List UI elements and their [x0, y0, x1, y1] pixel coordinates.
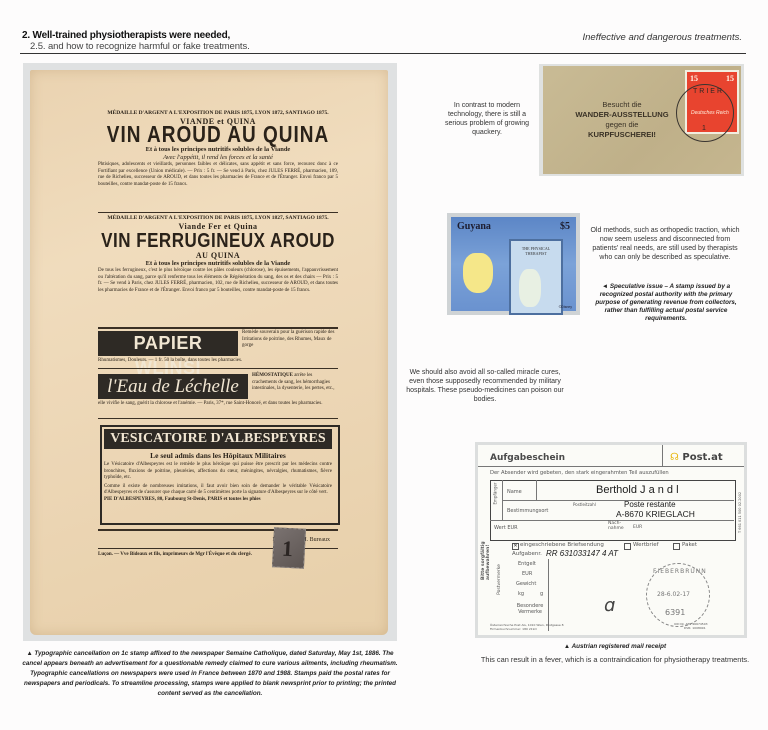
ad1-italic: Avec l'appétit, il rend les forces et la…	[98, 154, 338, 162]
label-paket: Paket	[682, 542, 697, 548]
stamp-value: $5	[560, 221, 570, 232]
ad5-banner: VESICATOIRE D'ALBESPEYRES	[104, 429, 332, 449]
receipt-caption: ▲ Austrian registered mail receipt	[470, 643, 760, 650]
section-subtitle: 2.5. and how to recognize harmful or fak…	[30, 41, 250, 52]
label-value-eur: Wert EUR	[494, 525, 518, 531]
value-destination-1: Poste restante	[624, 500, 676, 509]
label-name: Name	[507, 489, 522, 495]
stamp-value-right: 15	[726, 74, 734, 83]
ad5-footer: PIE D'ALBESPEYRES, 80, Faubourg St-Denis…	[104, 497, 332, 504]
postmark-zip: 6391	[665, 608, 685, 617]
checkbox-wertbrief[interactable]	[624, 543, 631, 550]
one-centime-stamp: 1	[272, 527, 306, 569]
ad-vin-aroud: MÉDAILLE D'ARGENT A L'EXPOSITION DE PARI…	[98, 110, 338, 188]
stamp-value-left: 15	[690, 74, 698, 83]
divider	[98, 368, 338, 369]
door-sign: THE PHYSICAL THERAPIST	[511, 246, 561, 256]
value-name: Berthold J a n d l	[596, 484, 679, 496]
ad5-subhead: Le seul admis dans les Hôpitaux Militair…	[104, 452, 332, 460]
label-fee: Entgelt	[518, 561, 536, 567]
ad5-content: Le seul admis dans les Hôpitaux Militair…	[104, 452, 332, 504]
ad3-side: Remède souverain pour la guérison rapide…	[242, 330, 338, 350]
daisy-duck-figure	[519, 269, 541, 307]
slogan-line-1: Besucht die	[574, 100, 670, 110]
label-postcode: Postleitzahl	[573, 502, 596, 507]
trier-postmark: TRIER 1	[676, 84, 734, 142]
ad4-banner: l'Eau de Léchelle	[98, 374, 248, 399]
section-title: 2. Well-trained physiotherapists were ne…	[22, 30, 230, 41]
ad3-tail: Rhumatismes, Douleurs. — 1 fr. 50 la boî…	[98, 358, 338, 365]
label-weight: Gewicht	[516, 581, 536, 587]
label-cash-on-delivery: Nach- nahme	[608, 521, 624, 531]
side-empfaenger: Empfänger	[493, 482, 498, 504]
miracle-cures-text: We should also avoid all so-called mirac…	[405, 368, 565, 404]
footer-left-2: Firmenbuchnummer: 180 219d	[490, 627, 537, 631]
header-divider	[20, 53, 746, 54]
ad5-body1: Le Vésicatoire d'Albespeyres est le remè…	[104, 462, 332, 482]
label-wertbrief: Wertbrief	[633, 542, 659, 548]
value-destination-2: A-8670 KRIEGLACH	[616, 509, 695, 519]
ad1-headline: VIN AROUD AU QUINA	[98, 124, 338, 148]
donald-duck-figure	[463, 253, 493, 293]
signature: ɑ	[604, 595, 615, 616]
side-label: Bitte sorgfältig aufbewahren!	[481, 520, 491, 580]
speculative-caption: ◄ Speculative issue – A stamp issued by …	[587, 283, 745, 323]
label-special-notes: Besondere Vermerke	[512, 603, 548, 615]
guyana-stamp: Guyana $5 THE PHYSICAL THERAPIST ©Disney	[451, 217, 576, 311]
post-logo: ☊ Post.at	[670, 452, 723, 463]
registered-mail-receipt: Aufgabeschein ☊ Post.at Der Absender wir…	[478, 445, 744, 635]
footer-right-2: DVR: 1008991	[684, 626, 706, 630]
fieberbrunn-postmark: FIEBERBRUNN 28-6.02-17 6391	[646, 563, 710, 627]
brand-name: Post.at	[682, 452, 722, 463]
ad2-tagline: Et à tous les principes nutritifs solubl…	[98, 260, 338, 268]
stamp-value: 1	[281, 536, 293, 563]
postmark-city: FIEBERBRUNN	[653, 568, 707, 575]
value-tracking-number: RR 631033147 4 AT	[546, 549, 618, 558]
checkbox-registered[interactable]: ✕	[512, 543, 519, 550]
newspaper-caption: ▲ Typographic cancellation on 1c stamp a…	[22, 649, 398, 699]
divider	[98, 212, 338, 213]
label-tracking-number: Aufgabenr.	[512, 551, 542, 557]
post-horn-icon: ☊	[670, 452, 679, 463]
slogan-line-3: gegen die	[574, 120, 670, 130]
ad-vin-ferrugineux: MÉDAILLE D'ARGENT A L'EXPOSITION DE PARI…	[98, 215, 338, 294]
ad4-tail: elle vivifie le sang, guérit la chlorose…	[98, 401, 338, 408]
form-code: T 661 011 500 02.2002	[738, 473, 742, 533]
fever-text: This can result in a fever, which is a c…	[470, 655, 760, 664]
stamp-country: Guyana	[457, 221, 491, 232]
postmark-date: 28-6.02-17	[657, 591, 690, 598]
traction-text: Old methods, such as orthopedic traction…	[590, 226, 740, 262]
postmark-number: 1	[702, 125, 706, 132]
slogan-cancel: Besucht die WANDER-AUSSTELLUNG gegen die…	[574, 100, 670, 140]
label-registered: eingeschriebene Briefsendung	[520, 542, 604, 548]
label-eur: EUR	[633, 525, 642, 530]
stamp-credit: ©Disney	[559, 305, 572, 309]
postmark-city: TRIER	[693, 88, 724, 95]
ad3-banner: PAPIER WLINSI	[98, 331, 238, 356]
receipt-instruction: Der Absender wird gebeten, den stark ein…	[490, 470, 669, 476]
slogan-line-4: KURPFUSCHEREI!	[588, 130, 656, 139]
ad2-headline: VIN FERRUGINEUX AROUD	[98, 229, 338, 253]
checkbox-paket[interactable]	[673, 543, 680, 550]
ad1-body: Phtisiques, adolescents et vieillards, p…	[98, 162, 338, 188]
label-g: g	[540, 591, 543, 597]
receipt-title: Aufgabeschein	[490, 453, 565, 463]
ad2-body: De tous les ferrugineux, c'est le plus h…	[98, 268, 338, 294]
ad2-medal: MÉDAILLE D'ARGENT A L'EXPOSITION DE PARI…	[98, 215, 338, 222]
slogan-line-2: WANDER-AUSSTELLUNG	[575, 110, 668, 119]
label-fee-eur: EUR	[522, 571, 532, 577]
page-topic: Ineffective and dangerous treatments.	[583, 32, 743, 43]
divider	[98, 327, 338, 329]
ad1-medal: MÉDAILLE D'ARGENT A L'EXPOSITION DE PARI…	[98, 110, 338, 117]
quackery-text: In contrast to modern technology, there …	[443, 101, 531, 137]
label-kg: kg	[518, 591, 524, 597]
label-destination: Bestimmungsort	[507, 508, 548, 514]
ad4-side-bold: HÉMOSTATIQUE	[252, 373, 293, 378]
ad5-body2: Comme il existe de nombreuses imitations…	[104, 484, 332, 497]
side-postvermerke: Postvermerke	[497, 564, 502, 595]
divider	[98, 418, 338, 419]
